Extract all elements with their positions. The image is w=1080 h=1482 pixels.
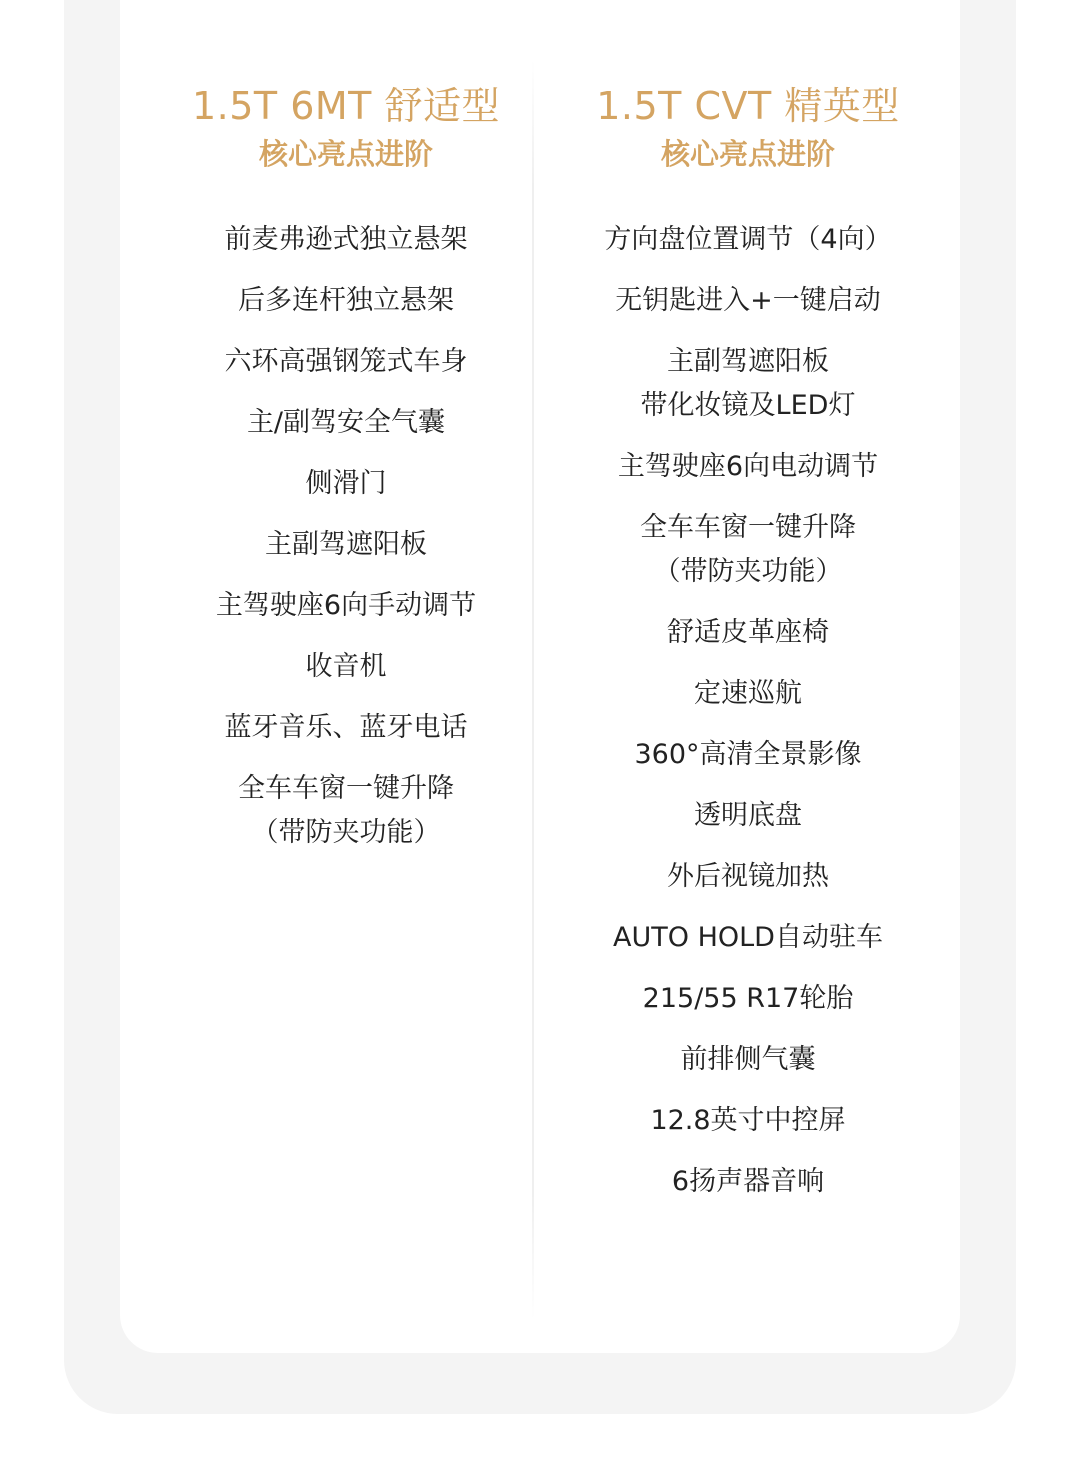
feature-list: 方向盘位置调节（4向）无钥匙进入+一键启动主副驾遮阳板带化妆镜及LED灯主驾驶座…	[548, 218, 948, 1204]
trim-subtitle: 核心亮点进阶	[146, 134, 546, 174]
trim-column-comfort: 1.5T 6MT 舒适型 核心亮点进阶 前麦弗逊式独立悬架后多连杆独立悬架六环高…	[146, 80, 546, 872]
feature-item: 主副驾遮阳板	[146, 523, 546, 567]
feature-item: 收音机	[146, 645, 546, 689]
feature-line: 外后视镜加热	[548, 855, 948, 899]
feature-item: 215/55 R17轮胎	[548, 977, 948, 1021]
feature-item: 12.8英寸中控屏	[548, 1099, 948, 1143]
feature-line: 无钥匙进入+一键启动	[548, 279, 948, 323]
feature-item: 无钥匙进入+一键启动	[548, 279, 948, 323]
feature-line: 全车车窗一键升降	[548, 506, 948, 550]
feature-item: 主驾驶座6向手动调节	[146, 584, 546, 628]
feature-line: 6扬声器音响	[548, 1160, 948, 1204]
feature-list: 前麦弗逊式独立悬架后多连杆独立悬架六环高强钢笼式车身主/副驾安全气囊侧滑门主副驾…	[146, 218, 546, 855]
feature-item: 后多连杆独立悬架	[146, 279, 546, 323]
feature-item: 透明底盘	[548, 794, 948, 838]
feature-item: AUTO HOLD自动驻车	[548, 916, 948, 960]
feature-item: 定速巡航	[548, 672, 948, 716]
feature-line: （带防夹功能）	[548, 550, 948, 594]
feature-line: AUTO HOLD自动驻车	[548, 916, 948, 960]
trim-subtitle: 核心亮点进阶	[548, 134, 948, 174]
feature-line: 带化妆镜及LED灯	[548, 384, 948, 428]
feature-item: 360°高清全景影像	[548, 733, 948, 777]
feature-line: 主副驾遮阳板	[548, 340, 948, 384]
feature-item: 方向盘位置调节（4向）	[548, 218, 948, 262]
feature-item: 全车车窗一键升降（带防夹功能）	[548, 506, 948, 594]
feature-line: 主驾驶座6向电动调节	[548, 445, 948, 489]
feature-item: 蓝牙音乐、蓝牙电话	[146, 706, 546, 750]
feature-line: 前麦弗逊式独立悬架	[146, 218, 546, 262]
feature-line: 215/55 R17轮胎	[548, 977, 948, 1021]
feature-line: 方向盘位置调节（4向）	[548, 218, 948, 262]
feature-line: 360°高清全景影像	[548, 733, 948, 777]
feature-item: 前麦弗逊式独立悬架	[146, 218, 546, 262]
feature-item: 外后视镜加热	[548, 855, 948, 899]
feature-line: 主副驾遮阳板	[146, 523, 546, 567]
feature-line: 后多连杆独立悬架	[146, 279, 546, 323]
feature-line: 六环高强钢笼式车身	[146, 340, 546, 384]
feature-line: 主/副驾安全气囊	[146, 401, 546, 445]
feature-item: 舒适皮革座椅	[548, 611, 948, 655]
feature-item: 主副驾遮阳板带化妆镜及LED灯	[548, 340, 948, 428]
feature-line: 收音机	[146, 645, 546, 689]
feature-line: 定速巡航	[548, 672, 948, 716]
feature-line: 主驾驶座6向手动调节	[146, 584, 546, 628]
trim-title: 1.5T CVT 精英型	[548, 80, 948, 132]
trim-column-elite: 1.5T CVT 精英型 核心亮点进阶 方向盘位置调节（4向）无钥匙进入+一键启…	[548, 80, 948, 1221]
feature-item: 前排侧气囊	[548, 1038, 948, 1082]
feature-line: 舒适皮革座椅	[548, 611, 948, 655]
feature-line: 侧滑门	[146, 462, 546, 506]
feature-item: 主/副驾安全气囊	[146, 401, 546, 445]
feature-item: 主驾驶座6向电动调节	[548, 445, 948, 489]
feature-line: 透明底盘	[548, 794, 948, 838]
feature-item: 侧滑门	[146, 462, 546, 506]
feature-item: 全车车窗一键升降（带防夹功能）	[146, 767, 546, 855]
feature-item: 6扬声器音响	[548, 1160, 948, 1204]
trim-title: 1.5T 6MT 舒适型	[146, 80, 546, 132]
feature-item: 六环高强钢笼式车身	[146, 340, 546, 384]
feature-line: 前排侧气囊	[548, 1038, 948, 1082]
feature-line: 蓝牙音乐、蓝牙电话	[146, 706, 546, 750]
feature-line: 12.8英寸中控屏	[548, 1099, 948, 1143]
feature-line: 全车车窗一键升降	[146, 767, 546, 811]
feature-line: （带防夹功能）	[146, 811, 546, 855]
